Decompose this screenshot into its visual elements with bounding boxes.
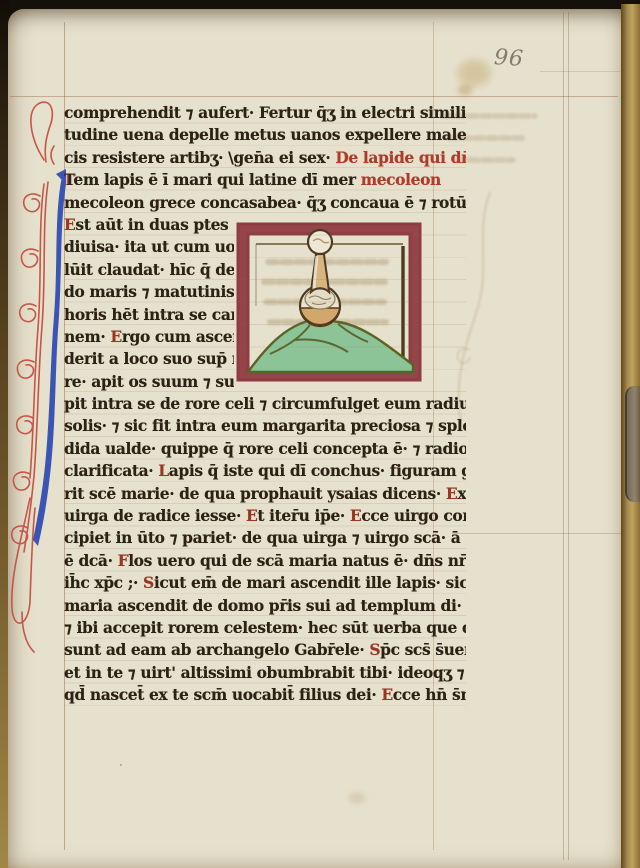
body-text: et in te ⁊ uirt' altissimi obumbrabit ti… bbox=[64, 663, 464, 682]
body-text: pit intra se de rore celi ⁊ circumfulget… bbox=[64, 394, 466, 413]
manuscript-line: uirga de radice iesse· Et iter̄u ip̄e· E… bbox=[64, 505, 466, 527]
body-text: derit a loco suo sup̄ ma bbox=[64, 349, 234, 368]
manuscript-photo: 96 bbox=[0, 0, 640, 868]
colored-capital: L bbox=[158, 461, 169, 480]
colored-capital: E bbox=[246, 506, 257, 525]
body-text: sunt ad eam ab archangelo Gabr̄ele· bbox=[64, 640, 369, 659]
body-text: mecoleon grece concasabea· q̄ʒ concaua ē… bbox=[64, 193, 466, 212]
colored-capital: F bbox=[118, 551, 129, 570]
body-text: ⁊ ibi accepit rorem celestem· hec sūt ue… bbox=[64, 618, 466, 637]
body-text: diuisa· ita ut cum uo bbox=[64, 237, 234, 256]
manuscript-line: ih̄c xp̄c ;· Sicut em̄ de mari ascendit … bbox=[64, 572, 466, 594]
body-text: cipiet in ūto ⁊ pariet· de qua uirga ⁊ u… bbox=[64, 528, 460, 547]
body-text: ē dcā· bbox=[64, 551, 118, 570]
body-text: qd̄ nascet̄ ex te scm̄ uocabit̄ filius d… bbox=[64, 685, 381, 704]
body-text: t iter̄u ip̄e· bbox=[257, 506, 349, 525]
manuscript-line: diuisa· ita ut cum uo bbox=[64, 236, 234, 258]
manuscript-line: lūit claudat· hīc q̄ defū bbox=[64, 259, 234, 281]
body-text: rit scē marie· de qua prophauit ysaias d… bbox=[64, 484, 446, 503]
body-text: lūit claudat· hīc q̄ defū bbox=[64, 260, 234, 279]
body-text: st aūt in duas ptes bbox=[75, 215, 228, 234]
body-text: ih̄c xp̄c ;· bbox=[64, 573, 143, 592]
rubric-text: De lapide qui dr̄ mer bbox=[335, 148, 466, 167]
folio-number: 96 bbox=[493, 45, 525, 72]
manuscript-line: re· apit os suum ⁊ susci bbox=[64, 371, 234, 393]
body-text: dida ualde· quippe q̄ rore celi concepta… bbox=[64, 439, 466, 458]
body-text: do maris ⁊ matutinis bbox=[64, 282, 234, 301]
body-text: maria ascendit de domo pr̄is sui ad temp… bbox=[64, 596, 461, 615]
manuscript-line: qd̄ nascet̄ ex te scm̄ uocabit̄ filius d… bbox=[64, 684, 466, 706]
manuscript-line: do maris ⁊ matutinis bbox=[64, 281, 234, 303]
manuscript-line: cipiet in ūto ⁊ pariet· de qua uirga ⁊ u… bbox=[64, 527, 466, 549]
manuscript-line: comprehendit ⁊ aufert· Fertur q̄ʒ in ele… bbox=[64, 102, 466, 124]
manuscript-line: nem· Ergo cum ascen bbox=[64, 326, 234, 348]
body-text: cce uirgo con bbox=[361, 506, 466, 525]
body-text: p̄c scs̄ s̄ueniet bbox=[380, 640, 466, 659]
manuscript-line: tudine uena depelle metus uanos expeller… bbox=[64, 124, 466, 146]
manuscript-line: pit intra se de rore celi ⁊ circumfulget… bbox=[64, 393, 466, 415]
manuscript-line: clarificata· Lapis q̄ iste qui dī conchu… bbox=[64, 460, 466, 482]
colored-capital: E bbox=[381, 685, 392, 704]
fore-edge-tab bbox=[625, 386, 640, 502]
rubric-text: mecoleon bbox=[361, 170, 441, 189]
body-text: solis· ⁊ sic fit intra eum margarita pre… bbox=[64, 416, 466, 435]
manuscript-line: sunt ad eam ab archangelo Gabr̄ele· Sp̄c… bbox=[64, 639, 466, 661]
manuscript-line: Tem lapis ē ī mari qui latine dī mer mec… bbox=[64, 169, 466, 191]
body-text: rgo cum ascen bbox=[122, 327, 234, 346]
colored-capital: E bbox=[446, 484, 457, 503]
colored-capital: T bbox=[64, 170, 73, 189]
text-block: comprehendit ⁊ aufert· Fertur q̄ʒ in ele… bbox=[64, 102, 466, 707]
colored-capital: E bbox=[350, 506, 361, 525]
manuscript-line: derit a loco suo sup̄ ma bbox=[64, 348, 234, 370]
colored-capital: E bbox=[110, 327, 121, 346]
body-text: icut em̄ de mari ascendit ille lapis· si… bbox=[154, 573, 466, 592]
body-text: los uero qui de scā maria natus ē· dn̄s … bbox=[128, 551, 466, 570]
body-text: xiet bbox=[457, 484, 466, 503]
manuscript-line: rit scē marie· de qua prophauit ysaias d… bbox=[64, 483, 466, 505]
manuscript-line: horis hēt intra se car bbox=[64, 304, 234, 326]
body-text: tudine uena depelle metus uanos expeller… bbox=[64, 125, 466, 144]
body-text: nem· bbox=[64, 327, 110, 346]
body-text: apis q̄ iste qui dī conchus· figuram ge bbox=[169, 461, 466, 480]
body-text: cce hn̄ s̄mo bbox=[393, 685, 466, 704]
colored-capital: S bbox=[369, 640, 380, 659]
colored-capital: E bbox=[64, 215, 75, 234]
manuscript-line: cis resistere artibʒ· \gen̄a ei sex· De … bbox=[64, 147, 466, 169]
manuscript-line: ⁊ ibi accepit rorem celestem· hec sūt ue… bbox=[64, 617, 466, 639]
manuscript-line: solis· ⁊ sic fit intra eum margarita pre… bbox=[64, 415, 466, 437]
body-text: em lapis ē ī mari qui latine dī mer bbox=[73, 170, 360, 189]
manuscript-line: mecoleon grece concasabea· q̄ʒ concaua ē… bbox=[64, 192, 466, 214]
ink-speck bbox=[120, 764, 122, 766]
manuscript-line: ē dcā· Flos uero qui de scā maria natus … bbox=[64, 550, 466, 572]
body-text: re· apit os suum ⁊ susci bbox=[64, 372, 234, 391]
colored-capital: S bbox=[143, 573, 154, 592]
body-text: horis hēt intra se car bbox=[64, 305, 234, 324]
manuscript-line: et in te ⁊ uirt' altissimi obumbrabit ti… bbox=[64, 662, 466, 684]
body-text: uirga de radice iesse· bbox=[64, 506, 246, 525]
manuscript-line: Est aūt in duas ptes bbox=[64, 214, 234, 236]
body-text: clarificata· bbox=[64, 461, 158, 480]
body-text: comprehendit ⁊ aufert· Fertur q̄ʒ in ele… bbox=[64, 103, 466, 122]
body-text: cis resistere artibʒ· \gen̄a ei sex· bbox=[64, 148, 335, 167]
manuscript-line: maria ascendit de domo pr̄is sui ad temp… bbox=[64, 595, 466, 617]
manuscript-line: dida ualde· quippe q̄ rore celi concepta… bbox=[64, 438, 466, 460]
